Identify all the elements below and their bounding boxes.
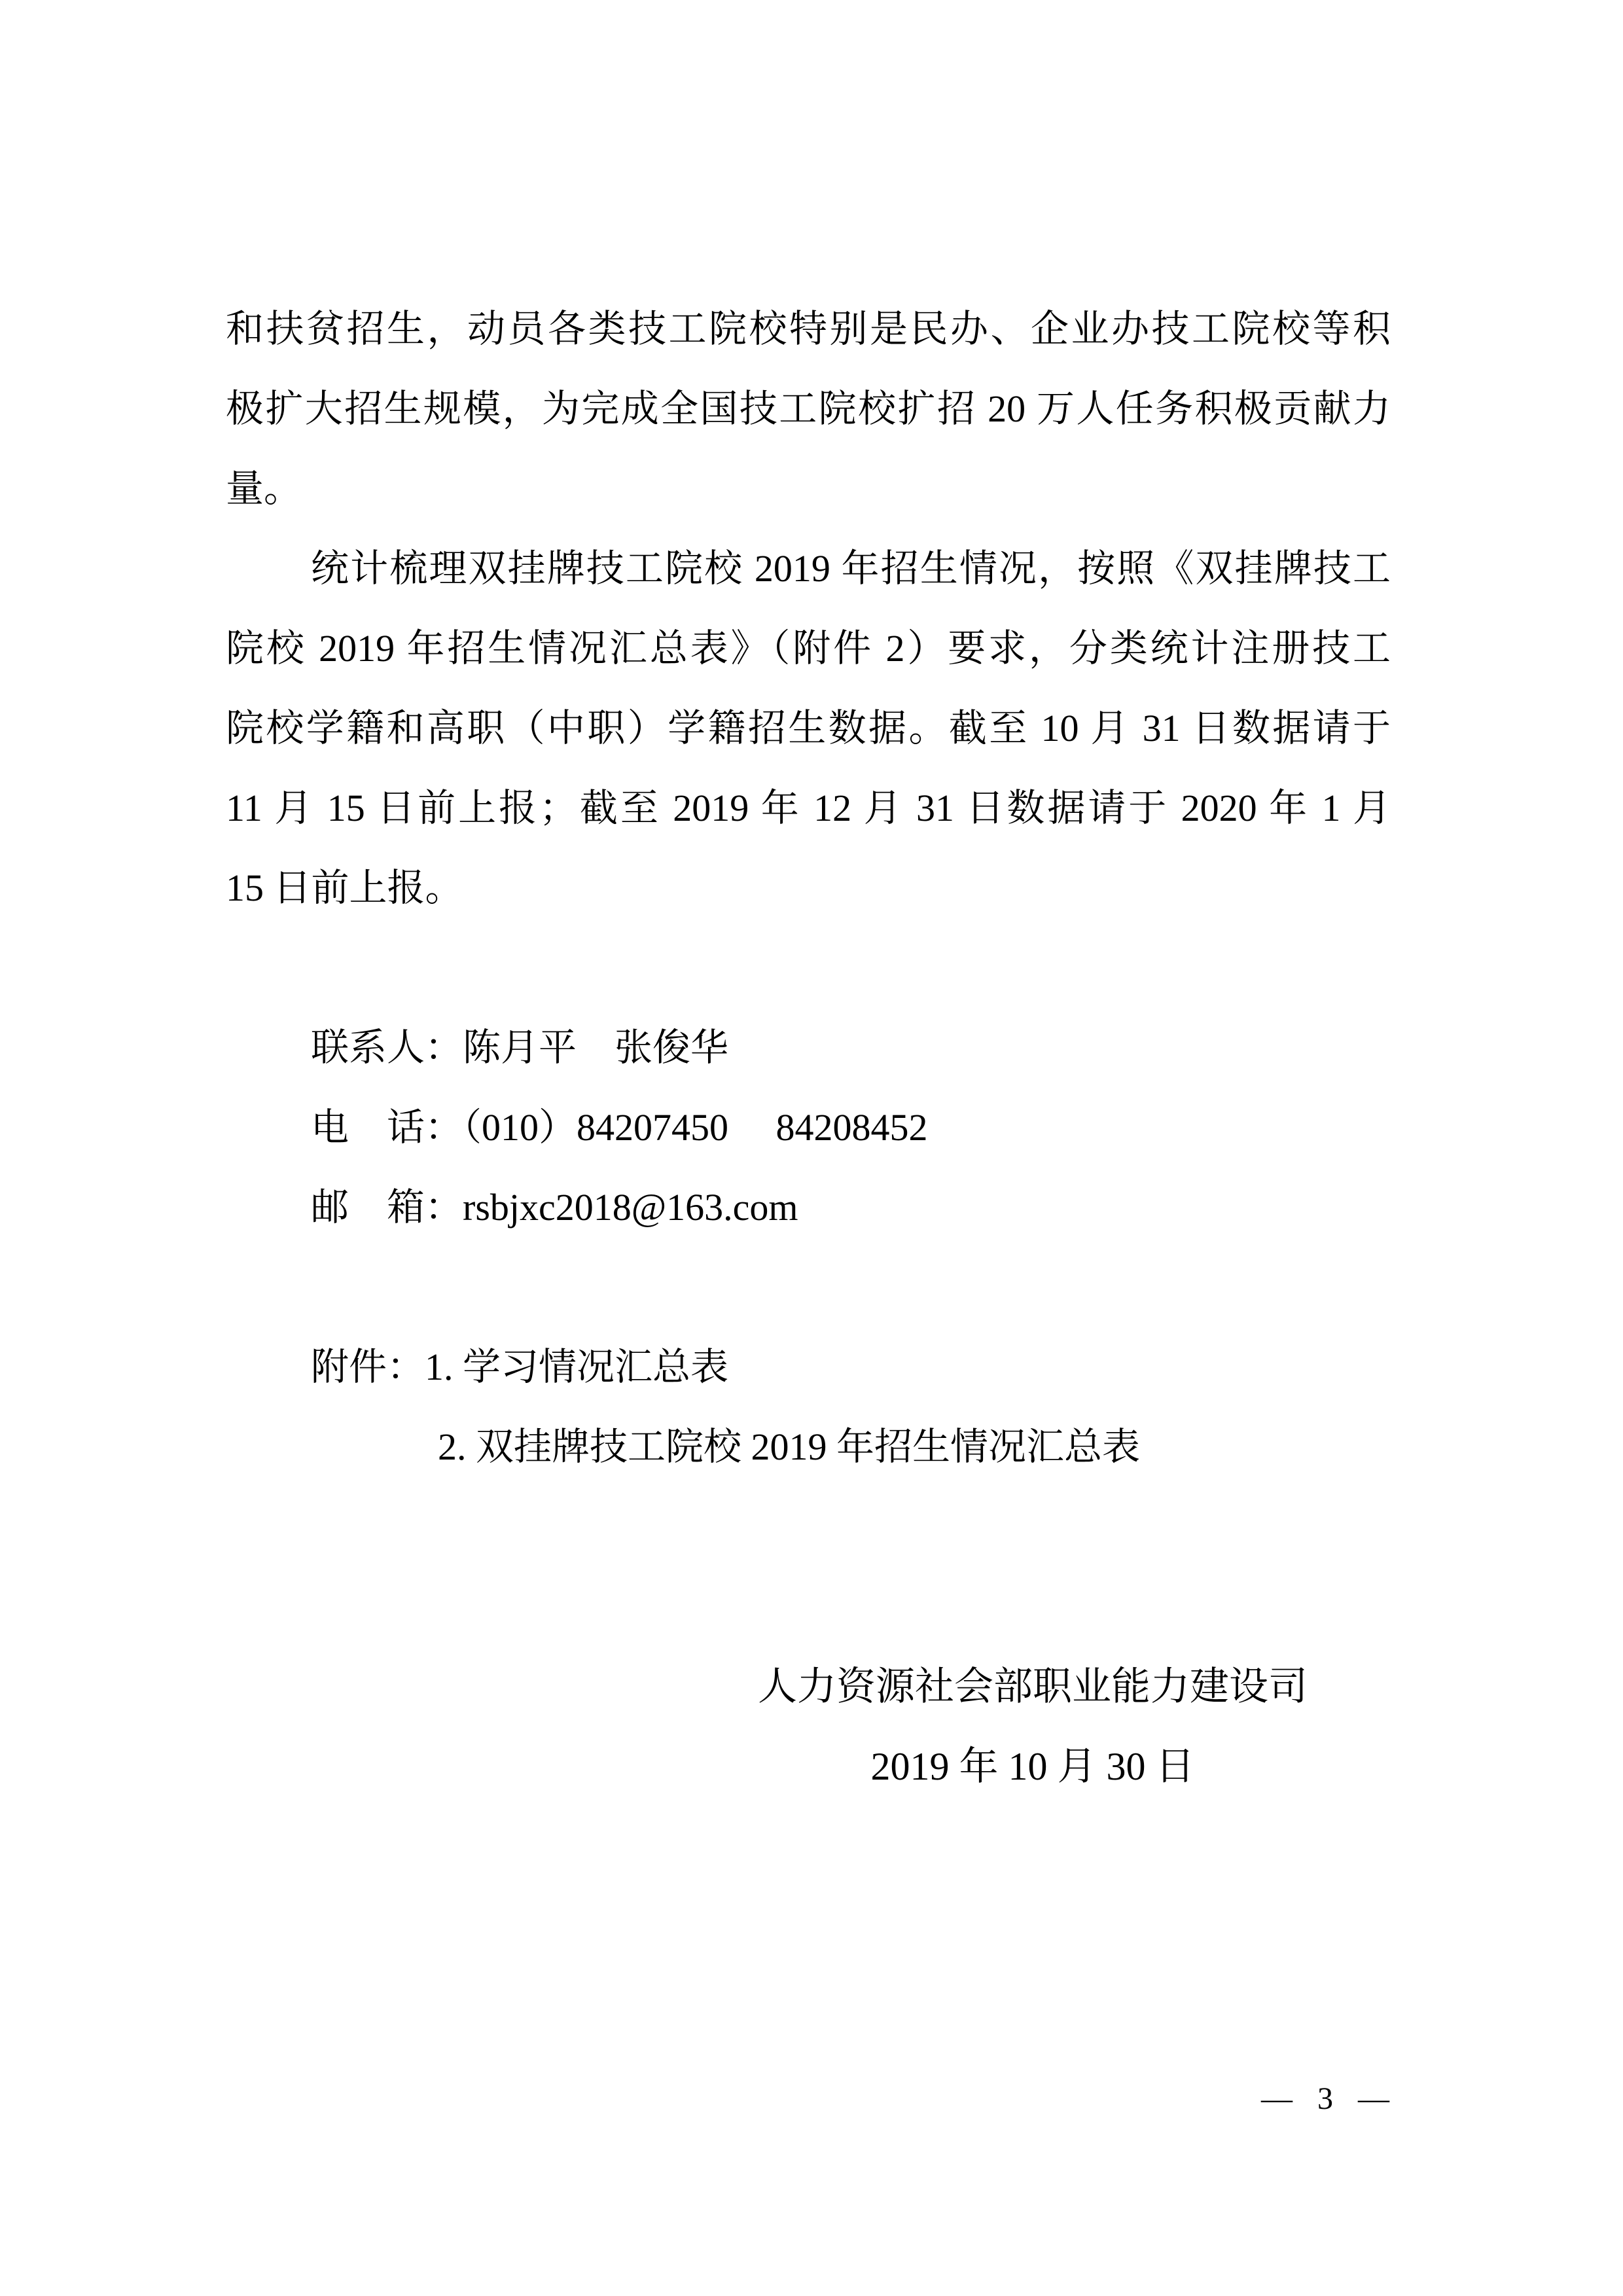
signature-block: 人力资源社会部职业能力建设司 2019 年 10 月 30 日: [732, 1647, 1334, 1806]
spacer: [226, 1487, 1391, 1567]
contact-person: 联系人：陈月平 张俊华: [226, 1008, 1391, 1088]
document-page: 和扶贫招生，动员各类技工院校特别是民办、企业办技工院校等积 极扩大招生规模，为完…: [0, 0, 1623, 2296]
para1-line3: 量。: [226, 449, 1391, 529]
spacer: [226, 928, 1391, 1008]
para2-line5: 15 日前上报。: [226, 848, 1391, 928]
attachment-line-2: 2. 双挂牌技工院校 2019 年招生情况汇总表: [226, 1407, 1391, 1487]
para1-line1: 和扶贫招生，动员各类技工院校特别是民办、企业办技工院校等积: [226, 289, 1391, 369]
para2-line2: 院校 2019 年招生情况汇总表》（附件 2）要求，分类统计注册技工: [226, 609, 1391, 689]
attachment-line-1: 附件：1. 学习情况汇总表: [226, 1327, 1391, 1407]
spacer: [226, 1247, 1391, 1327]
para1-line2: 极扩大招生规模，为完成全国技工院校扩招 20 万人任务积极贡献力: [226, 369, 1391, 449]
signature-date: 2019 年 10 月 30 日: [732, 1727, 1334, 1806]
spacer: [226, 1567, 1391, 1647]
contact-email: 邮 箱：rsbjxc2018@163.com: [226, 1168, 1391, 1247]
para2-line4: 11 月 15 日前上报；截至 2019 年 12 月 31 日数据请于 202…: [226, 768, 1391, 848]
para2-line1: 统计梳理双挂牌技工院校 2019 年招生情况，按照《双挂牌技工: [226, 529, 1391, 609]
contact-phone: 电 话：（010）84207450 84208452: [226, 1088, 1391, 1168]
page-number: — 3 —: [1247, 2059, 1404, 2139]
para2-line3: 院校学籍和高职（中职）学籍招生数据。截至 10 月 31 日数据请于: [226, 689, 1391, 768]
signature-department: 人力资源社会部职业能力建设司: [732, 1647, 1334, 1727]
document-body: 和扶贫招生，动员各类技工院校特别是民办、企业办技工院校等积 极扩大招生规模，为完…: [226, 289, 1391, 1806]
